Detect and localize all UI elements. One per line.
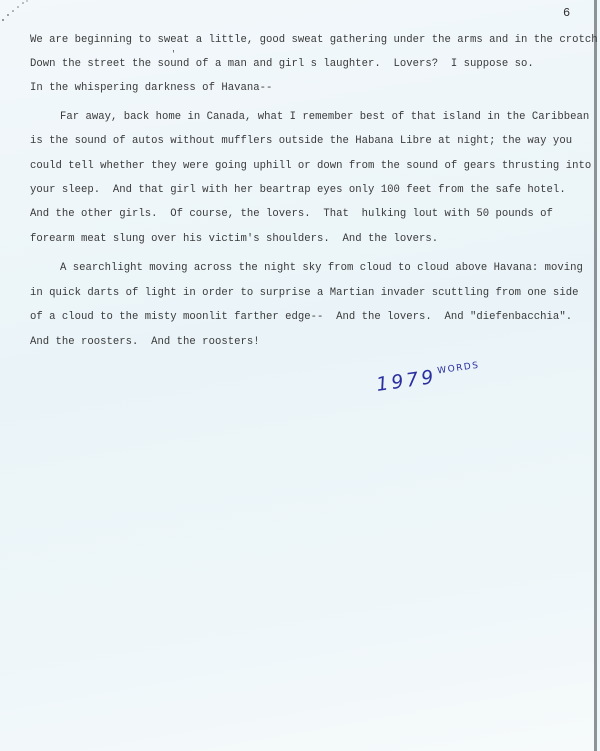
handwritten-word-count: 1979WORDS (375, 360, 482, 396)
word-count-label: WORDS (437, 361, 480, 377)
text-line: of a cloud to the misty moonlit farther … (30, 310, 572, 324)
text-line: in quick darts of light in order to surp… (30, 286, 578, 300)
word-count-number: 1979 (375, 366, 438, 396)
text-line: could tell whether they were going uphil… (30, 159, 591, 173)
text-line: In the whispering darkness of Havana-- (30, 81, 272, 95)
text-line: Down the street the sound of a man and g… (30, 57, 534, 71)
text-line: is the sound of autos without mufflers o… (30, 134, 572, 148)
paragraph-start-line: A searchlight moving across the night sk… (60, 261, 583, 275)
staple-marks-decoration (0, 0, 30, 22)
text-line: And the other girls. Of course, the love… (30, 207, 553, 221)
paragraph-start-line: Far away, back home in Canada, what I re… (60, 110, 589, 124)
text-line: And the roosters. And the roosters! (30, 335, 260, 349)
page-number: 6 (563, 6, 570, 20)
typewritten-page: 6 We are beginning to sweat a little, go… (0, 0, 597, 751)
text-line: We are beginning to sweat a little, good… (30, 33, 600, 47)
text-line: your sleep. And that girl with her beart… (30, 183, 566, 197)
text-line: forearm meat slung over his victim's sho… (30, 232, 438, 246)
